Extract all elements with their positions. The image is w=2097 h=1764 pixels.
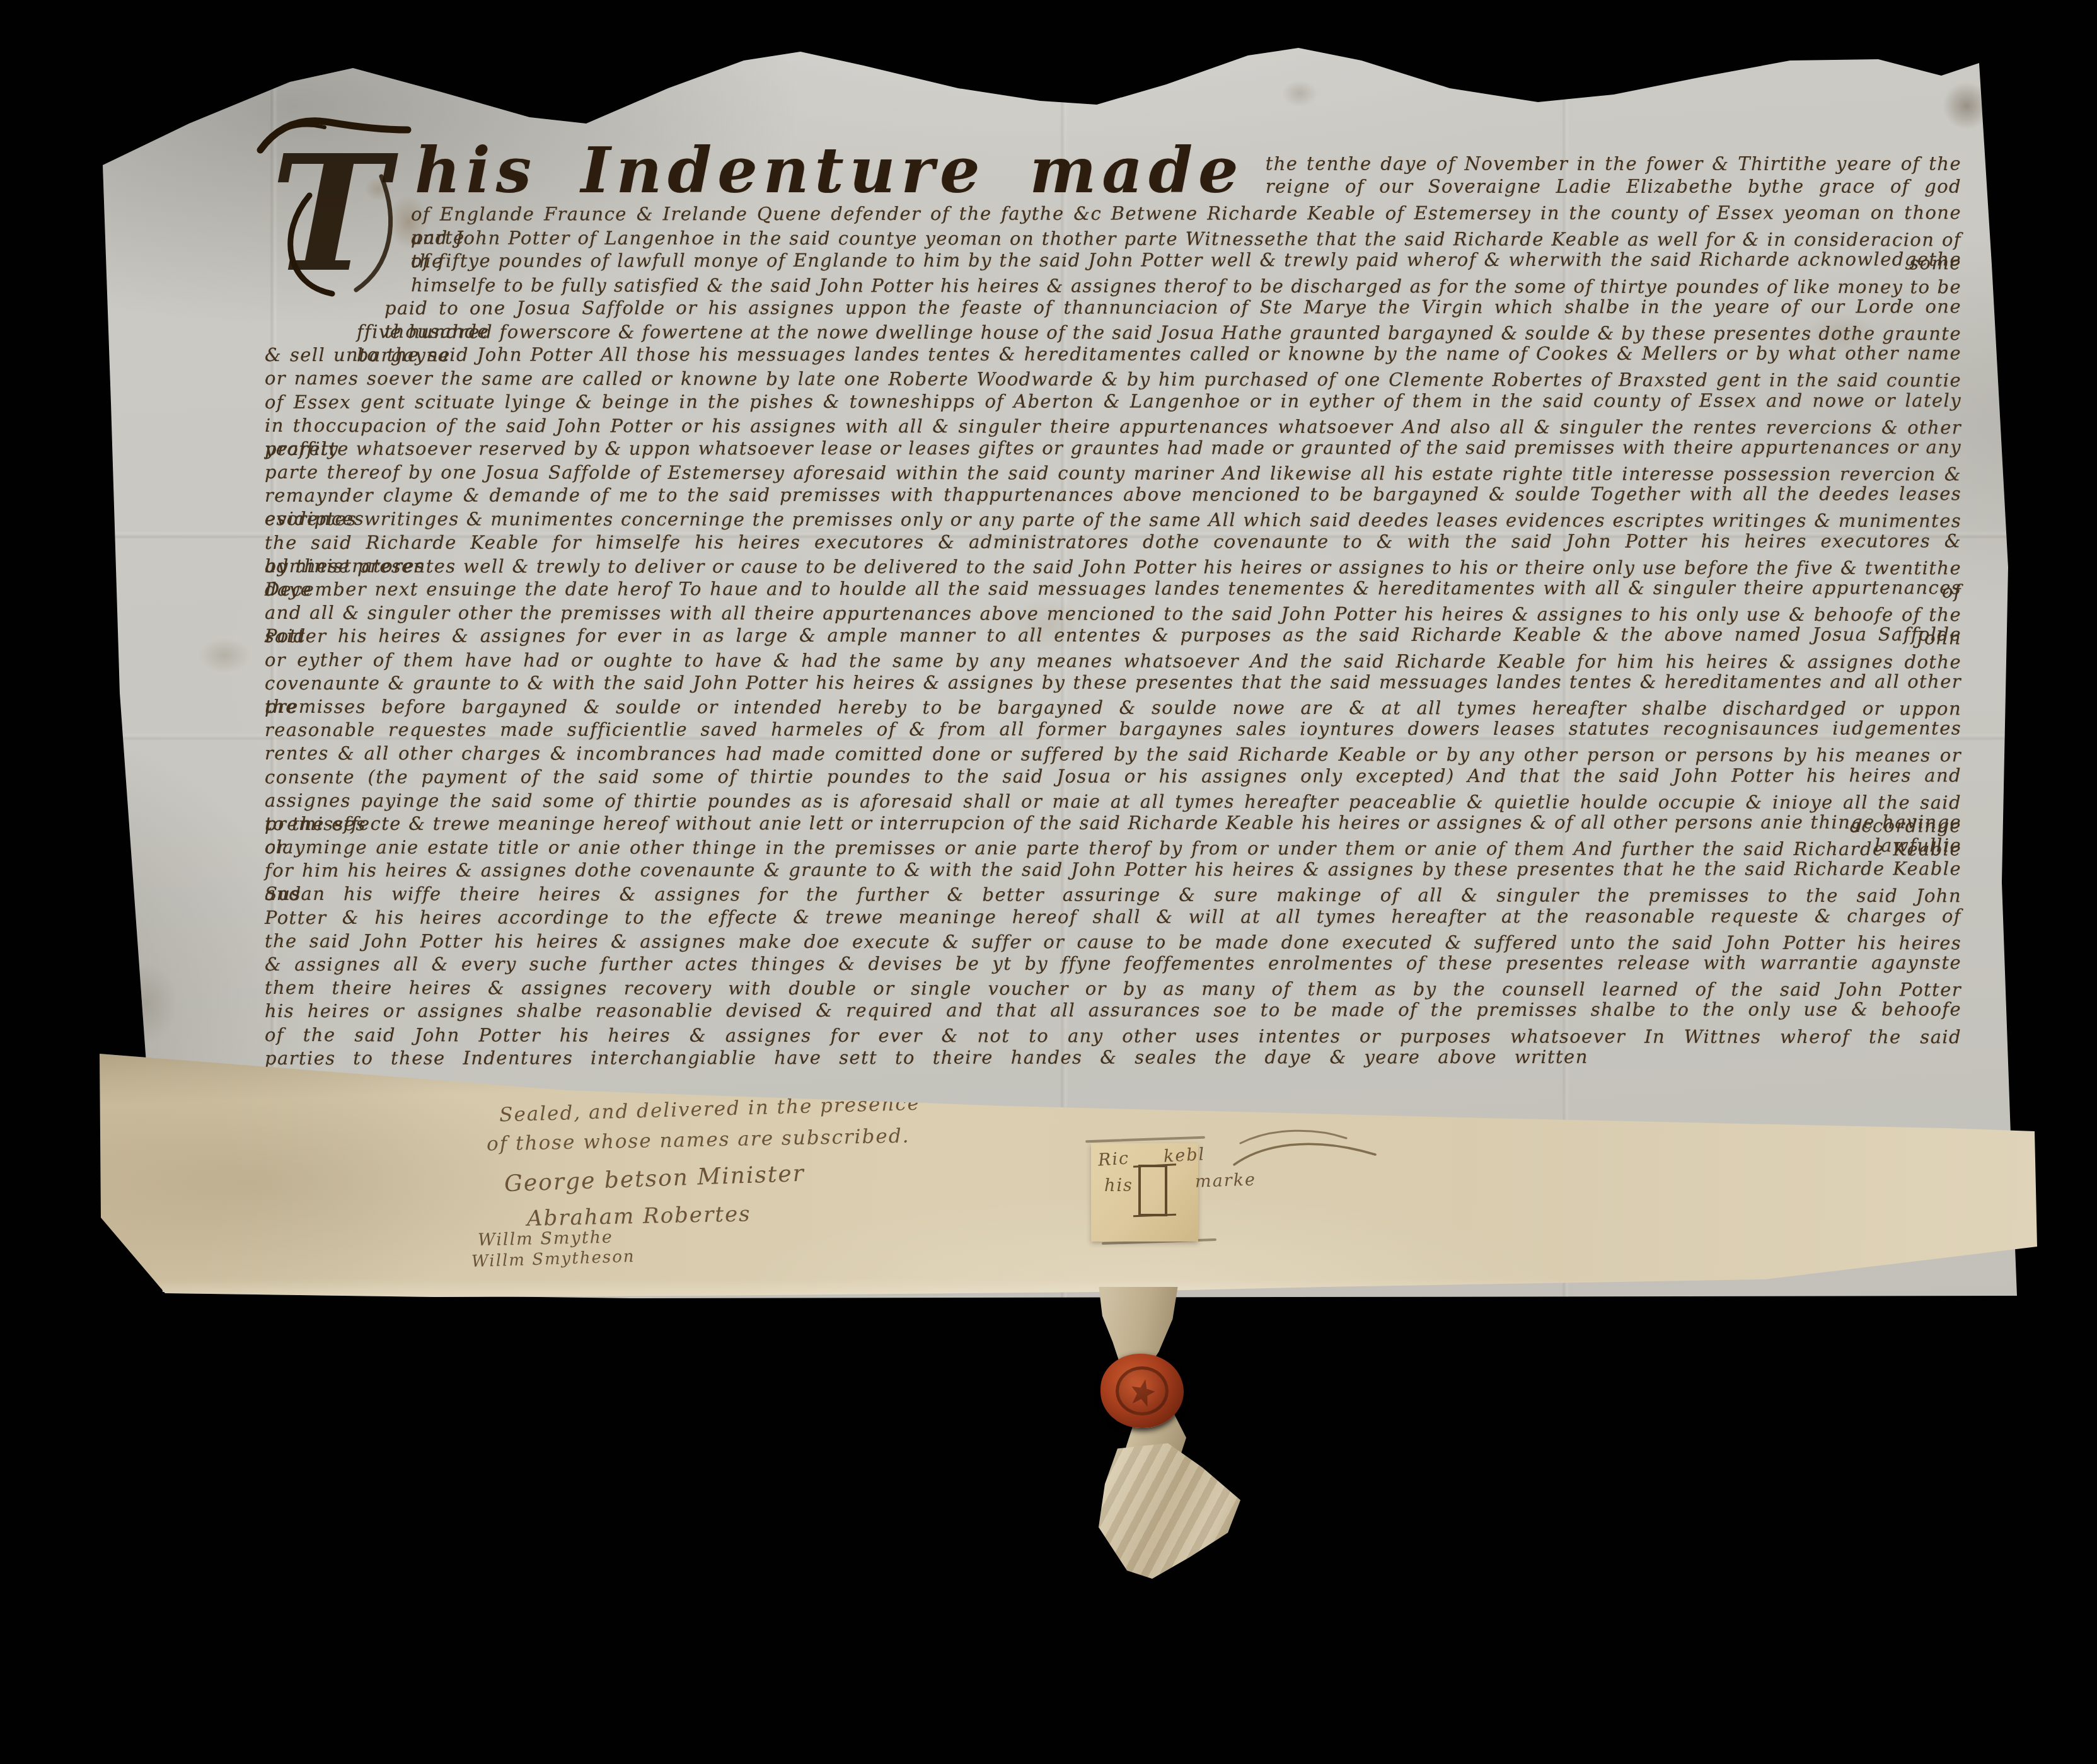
wax-seal [1100, 1354, 1184, 1428]
deed-text-line: reasonable requestes made sufficientlie … [265, 717, 1961, 742]
deed-text-line: parties to these Indentures interchangia… [265, 1046, 1588, 1070]
parchment-sheet: T his Indenture made the tenthe daye of … [0, 0, 2097, 1764]
deed-text-line: paid to one Josua Saffolde or his assign… [265, 295, 1961, 320]
deed-text-line: for him his heires & assignes dothe cove… [265, 857, 1961, 882]
mark-name-first: Ric [1097, 1148, 1130, 1170]
deed-text-line: consente (the payment of the said some o… [265, 764, 1961, 789]
deed-text-line: the said Richarde Keable for himselfe hi… [265, 529, 1961, 555]
deed-text-line: & sell unto the said John Potter All tho… [265, 342, 1961, 367]
deed-text-line: December next ensuinge the date herof To… [265, 576, 1961, 601]
deed-text-line: of fiftye poundes of lawfull monye of En… [265, 248, 1961, 274]
deed-text-line: Potter & his heires accordinge to the ef… [265, 904, 1961, 930]
deed-text-line: & assignes all & every suche further act… [265, 951, 1961, 976]
mark-word-his: his [1104, 1176, 1133, 1196]
deed-body-text: his Indenture made the tenthe daye of No… [265, 120, 1961, 1070]
deed-text-line: covenaunte & graunte to & with the said … [265, 670, 1961, 695]
mark-name-last: kebl [1163, 1144, 1206, 1166]
photograph-of-indenture: T his Indenture made the tenthe daye of … [0, 0, 2097, 1764]
opening-words: his Indenture made [415, 137, 1244, 203]
deed-text-line: remaynder clayme & demande of me to the … [265, 482, 1961, 507]
opening-continuation: the tenthe daye of November in the fower… [1266, 153, 1961, 203]
deed-text-line: his heires or assignes shalbe reasonabli… [265, 998, 1961, 1023]
deed-text-line: proffitte whatsoever reserved by & uppon… [265, 435, 1961, 461]
deed-text-line: Potter his heires & assignes for ever in… [265, 623, 1961, 649]
signers-mark [1138, 1165, 1167, 1216]
deed-opening-line: his Indenture made the tenthe daye of No… [265, 120, 1961, 203]
witness-signature: Willm Smythe [478, 1228, 614, 1250]
deed-text-line: of Essex gent scituate lyinge & beinge i… [265, 389, 1961, 414]
deed-text-line: of Englande Fraunce & Irelande Quene def… [265, 201, 1961, 226]
pen-flourish [1229, 1126, 1387, 1189]
deed-text-line: of the said John Potter his heires & ass… [265, 1023, 1961, 1049]
seal-tag-tail [1089, 1443, 1247, 1579]
deed-text-line: to the effecte & trewe meaninge hereof w… [265, 810, 1961, 836]
witness-signature: Abraham Robertes [527, 1201, 751, 1231]
